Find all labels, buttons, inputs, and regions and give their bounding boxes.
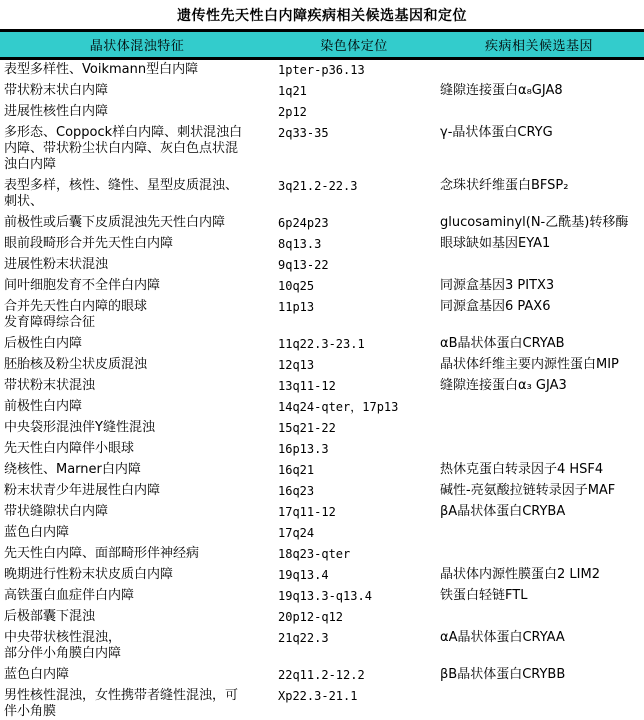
cell-lens-opacity-feature: 带状粉末状白内障 xyxy=(0,81,274,102)
cell-candidate-gene xyxy=(434,686,644,720)
cell-lens-opacity-feature: 胚胎核及粉尘状皮质混浊 xyxy=(0,355,274,376)
table-row: 中央带状核性混浊， 部分伴小角膜白内障21q22.3αA晶状体蛋白CRYAA xyxy=(0,628,644,665)
table-row: 前极性或后囊下皮质混浊先天性白内障6p24p23glucosaminyl(N-乙… xyxy=(0,213,644,234)
cell-chromosome-locus: 22q11.2-12.2 xyxy=(274,665,434,686)
table-row: 先天性白内障伴小眼球16p13.3 xyxy=(0,439,644,460)
cell-candidate-gene: αA晶状体蛋白CRYAA xyxy=(434,628,644,665)
cell-candidate-gene xyxy=(434,418,644,439)
cell-lens-opacity-feature: 眼前段畸形合并先天性白内障 xyxy=(0,234,274,255)
cell-candidate-gene xyxy=(434,255,644,276)
cell-candidate-gene xyxy=(434,544,644,565)
column-header-lens-opacity-feature: 晶状体混浊特征 xyxy=(0,31,274,59)
table-row: 后极部囊下混浊20p12-q12 xyxy=(0,607,644,628)
cell-candidate-gene xyxy=(434,397,644,418)
cell-lens-opacity-feature: 带状缝隙状白内障 xyxy=(0,502,274,523)
table-row: 多形态、Coppock样白内障、刺状混浊白 内障、带状粉尘状白内障、灰白色点状混… xyxy=(0,123,644,176)
cell-candidate-gene xyxy=(434,59,644,82)
cell-chromosome-locus: 18q23-qter xyxy=(274,544,434,565)
cell-candidate-gene: 晶状体内源性膜蛋白2 LIM2 xyxy=(434,565,644,586)
cell-candidate-gene: glucosaminyl(N-乙酰基)转移酶 xyxy=(434,213,644,234)
cell-chromosome-locus: 1q21 xyxy=(274,81,434,102)
cell-lens-opacity-feature: 表型多样性、Voikmann型白内障 xyxy=(0,59,274,82)
cell-lens-opacity-feature: 前极性白内障 xyxy=(0,397,274,418)
cell-chromosome-locus: 2p12 xyxy=(274,102,434,123)
cell-candidate-gene: 铁蛋白轻链FTL xyxy=(434,586,644,607)
cell-lens-opacity-feature: 合并先天性白内障的眼球 发育障碍综合征 xyxy=(0,297,274,334)
cell-candidate-gene: 同源盒基因3 PITX3 xyxy=(434,276,644,297)
cell-chromosome-locus: 8q13.3 xyxy=(274,234,434,255)
cell-lens-opacity-feature: 后极性白内障 xyxy=(0,334,274,355)
cell-candidate-gene: 念珠状纤维蛋白BFSP₂ xyxy=(434,176,644,213)
cell-candidate-gene xyxy=(434,102,644,123)
cell-candidate-gene: βB晶状体蛋白CRYBB xyxy=(434,665,644,686)
cell-candidate-gene: 晶状体纤维主要内源性蛋白MIP xyxy=(434,355,644,376)
cell-chromosome-locus: 11q22.3-23.1 xyxy=(274,334,434,355)
cell-chromosome-locus: 11p13 xyxy=(274,297,434,334)
cell-lens-opacity-feature: 表型多样，核性、缝性、星型皮质混浊、 刺状、 xyxy=(0,176,274,213)
table-row: 带状粉末状混浊13q11-12缝隙连接蛋白α₃ GJA3 xyxy=(0,376,644,397)
cell-candidate-gene xyxy=(434,523,644,544)
cell-chromosome-locus: 17q24 xyxy=(274,523,434,544)
table-row: 蓝色白内障22q11.2-12.2βB晶状体蛋白CRYBB xyxy=(0,665,644,686)
cell-chromosome-locus: 2q33-35 xyxy=(274,123,434,176)
cell-lens-opacity-feature: 进展性粉末状混浊 xyxy=(0,255,274,276)
column-header-chromosome-locus: 染色体定位 xyxy=(274,31,434,59)
cell-candidate-gene: 同源盒基因6 PAX6 xyxy=(434,297,644,334)
cell-lens-opacity-feature: 进展性核性白内障 xyxy=(0,102,274,123)
cell-chromosome-locus: 6p24p23 xyxy=(274,213,434,234)
cell-lens-opacity-feature: 晚期进行性粉末状皮质白内障 xyxy=(0,565,274,586)
table-row: 粉末状青少年进展性白内障16q23碱性-亮氨酸拉链转录因子MAF xyxy=(0,481,644,502)
table-row: 中央袋形混浊伴Y缝性混浊15q21-22 xyxy=(0,418,644,439)
cell-chromosome-locus: 13q11-12 xyxy=(274,376,434,397)
table-row: 进展性核性白内障2p12 xyxy=(0,102,644,123)
table-row: 进展性粉末状混浊9q13-22 xyxy=(0,255,644,276)
cell-lens-opacity-feature: 先天性白内障、面部畸形伴神经病 xyxy=(0,544,274,565)
cell-chromosome-locus: 15q21-22 xyxy=(274,418,434,439)
cell-chromosome-locus: 16q23 xyxy=(274,481,434,502)
page-title: 遗传性先天性白内障疾病相关候选基因和定位 xyxy=(0,0,644,29)
table-row: 带状缝隙状白内障17q11-12βA晶状体蛋白CRYBA xyxy=(0,502,644,523)
cell-lens-opacity-feature: 多形态、Coppock样白内障、刺状混浊白 内障、带状粉尘状白内障、灰白色点状混… xyxy=(0,123,274,176)
table-row: 间叶细胞发育不全伴白内障10q25同源盒基因3 PITX3 xyxy=(0,276,644,297)
table-row: 后极性白内障11q22.3-23.1αB晶状体蛋白CRYAB xyxy=(0,334,644,355)
cell-lens-opacity-feature: 绕核性、Marner白内障 xyxy=(0,460,274,481)
cell-candidate-gene: 热休克蛋白转录因子4 HSF4 xyxy=(434,460,644,481)
cell-chromosome-locus: Xp22.3-21.1 xyxy=(274,686,434,720)
cell-candidate-gene: 缝隙连接蛋白α₈GJA8 xyxy=(434,81,644,102)
cell-chromosome-locus: 20p12-q12 xyxy=(274,607,434,628)
cell-lens-opacity-feature: 男性核性混浊，女性携带者缝性混浊，可 伴小角膜 xyxy=(0,686,274,720)
table-row: 带状粉末状白内障1q21缝隙连接蛋白α₈GJA8 xyxy=(0,81,644,102)
table-row: 合并先天性白内障的眼球 发育障碍综合征11p13同源盒基因6 PAX6 xyxy=(0,297,644,334)
table-row: 眼前段畸形合并先天性白内障8q13.3眼球缺如基因EYA1 xyxy=(0,234,644,255)
cell-chromosome-locus: 17q11-12 xyxy=(274,502,434,523)
cell-lens-opacity-feature: 中央袋形混浊伴Y缝性混浊 xyxy=(0,418,274,439)
cell-candidate-gene xyxy=(434,607,644,628)
cell-candidate-gene xyxy=(434,439,644,460)
table-row: 表型多样，核性、缝性、星型皮质混浊、 刺状、3q21.2-22.3念珠状纤维蛋白… xyxy=(0,176,644,213)
cell-chromosome-locus: 16p13.3 xyxy=(274,439,434,460)
table-row: 前极性白内障14q24-qter，17p13 xyxy=(0,397,644,418)
cell-chromosome-locus: 16q21 xyxy=(274,460,434,481)
cell-chromosome-locus: 10q25 xyxy=(274,276,434,297)
cell-candidate-gene: 眼球缺如基因EYA1 xyxy=(434,234,644,255)
table-header-row: 晶状体混浊特征 染色体定位 疾病相关候选基因 xyxy=(0,31,644,59)
table-row: 胚胎核及粉尘状皮质混浊12q13晶状体纤维主要内源性蛋白MIP xyxy=(0,355,644,376)
cell-lens-opacity-feature: 后极部囊下混浊 xyxy=(0,607,274,628)
cell-lens-opacity-feature: 先天性白内障伴小眼球 xyxy=(0,439,274,460)
gene-locus-table: 晶状体混浊特征 染色体定位 疾病相关候选基因 表型多样性、Voikmann型白内… xyxy=(0,29,644,720)
cell-lens-opacity-feature: 中央带状核性混浊， 部分伴小角膜白内障 xyxy=(0,628,274,665)
cell-chromosome-locus: 3q21.2-22.3 xyxy=(274,176,434,213)
cell-chromosome-locus: 19q13.4 xyxy=(274,565,434,586)
table-row: 男性核性混浊，女性携带者缝性混浊，可 伴小角膜Xp22.3-21.1 xyxy=(0,686,644,720)
document-page: 遗传性先天性白内障疾病相关候选基因和定位 晶状体混浊特征 染色体定位 疾病相关候… xyxy=(0,0,644,720)
cell-chromosome-locus: 19q13.3-q13.4 xyxy=(274,586,434,607)
cell-lens-opacity-feature: 粉末状青少年进展性白内障 xyxy=(0,481,274,502)
cell-lens-opacity-feature: 间叶细胞发育不全伴白内障 xyxy=(0,276,274,297)
table-row: 先天性白内障、面部畸形伴神经病18q23-qter xyxy=(0,544,644,565)
cell-lens-opacity-feature: 高铁蛋白血症伴白内障 xyxy=(0,586,274,607)
cell-candidate-gene: γ-晶状体蛋白CRYG xyxy=(434,123,644,176)
cell-lens-opacity-feature: 蓝色白内障 xyxy=(0,665,274,686)
table-row: 高铁蛋白血症伴白内障19q13.3-q13.4铁蛋白轻链FTL xyxy=(0,586,644,607)
cell-candidate-gene: 碱性-亮氨酸拉链转录因子MAF xyxy=(434,481,644,502)
cell-candidate-gene: βA晶状体蛋白CRYBA xyxy=(434,502,644,523)
cell-lens-opacity-feature: 蓝色白内障 xyxy=(0,523,274,544)
table-row: 蓝色白内障17q24 xyxy=(0,523,644,544)
cell-candidate-gene: 缝隙连接蛋白α₃ GJA3 xyxy=(434,376,644,397)
cell-lens-opacity-feature: 前极性或后囊下皮质混浊先天性白内障 xyxy=(0,213,274,234)
table-row: 表型多样性、Voikmann型白内障1pter-p36.13 xyxy=(0,59,644,82)
cell-chromosome-locus: 21q22.3 xyxy=(274,628,434,665)
cell-chromosome-locus: 14q24-qter，17p13 xyxy=(274,397,434,418)
cell-chromosome-locus: 9q13-22 xyxy=(274,255,434,276)
table-body: 表型多样性、Voikmann型白内障1pter-p36.13带状粉末状白内障1q… xyxy=(0,59,644,720)
cell-lens-opacity-feature: 带状粉末状混浊 xyxy=(0,376,274,397)
table-row: 晚期进行性粉末状皮质白内障19q13.4晶状体内源性膜蛋白2 LIM2 xyxy=(0,565,644,586)
cell-chromosome-locus: 1pter-p36.13 xyxy=(274,59,434,82)
table-row: 绕核性、Marner白内障16q21热休克蛋白转录因子4 HSF4 xyxy=(0,460,644,481)
cell-candidate-gene: αB晶状体蛋白CRYAB xyxy=(434,334,644,355)
cell-chromosome-locus: 12q13 xyxy=(274,355,434,376)
column-header-candidate-gene: 疾病相关候选基因 xyxy=(434,31,644,59)
